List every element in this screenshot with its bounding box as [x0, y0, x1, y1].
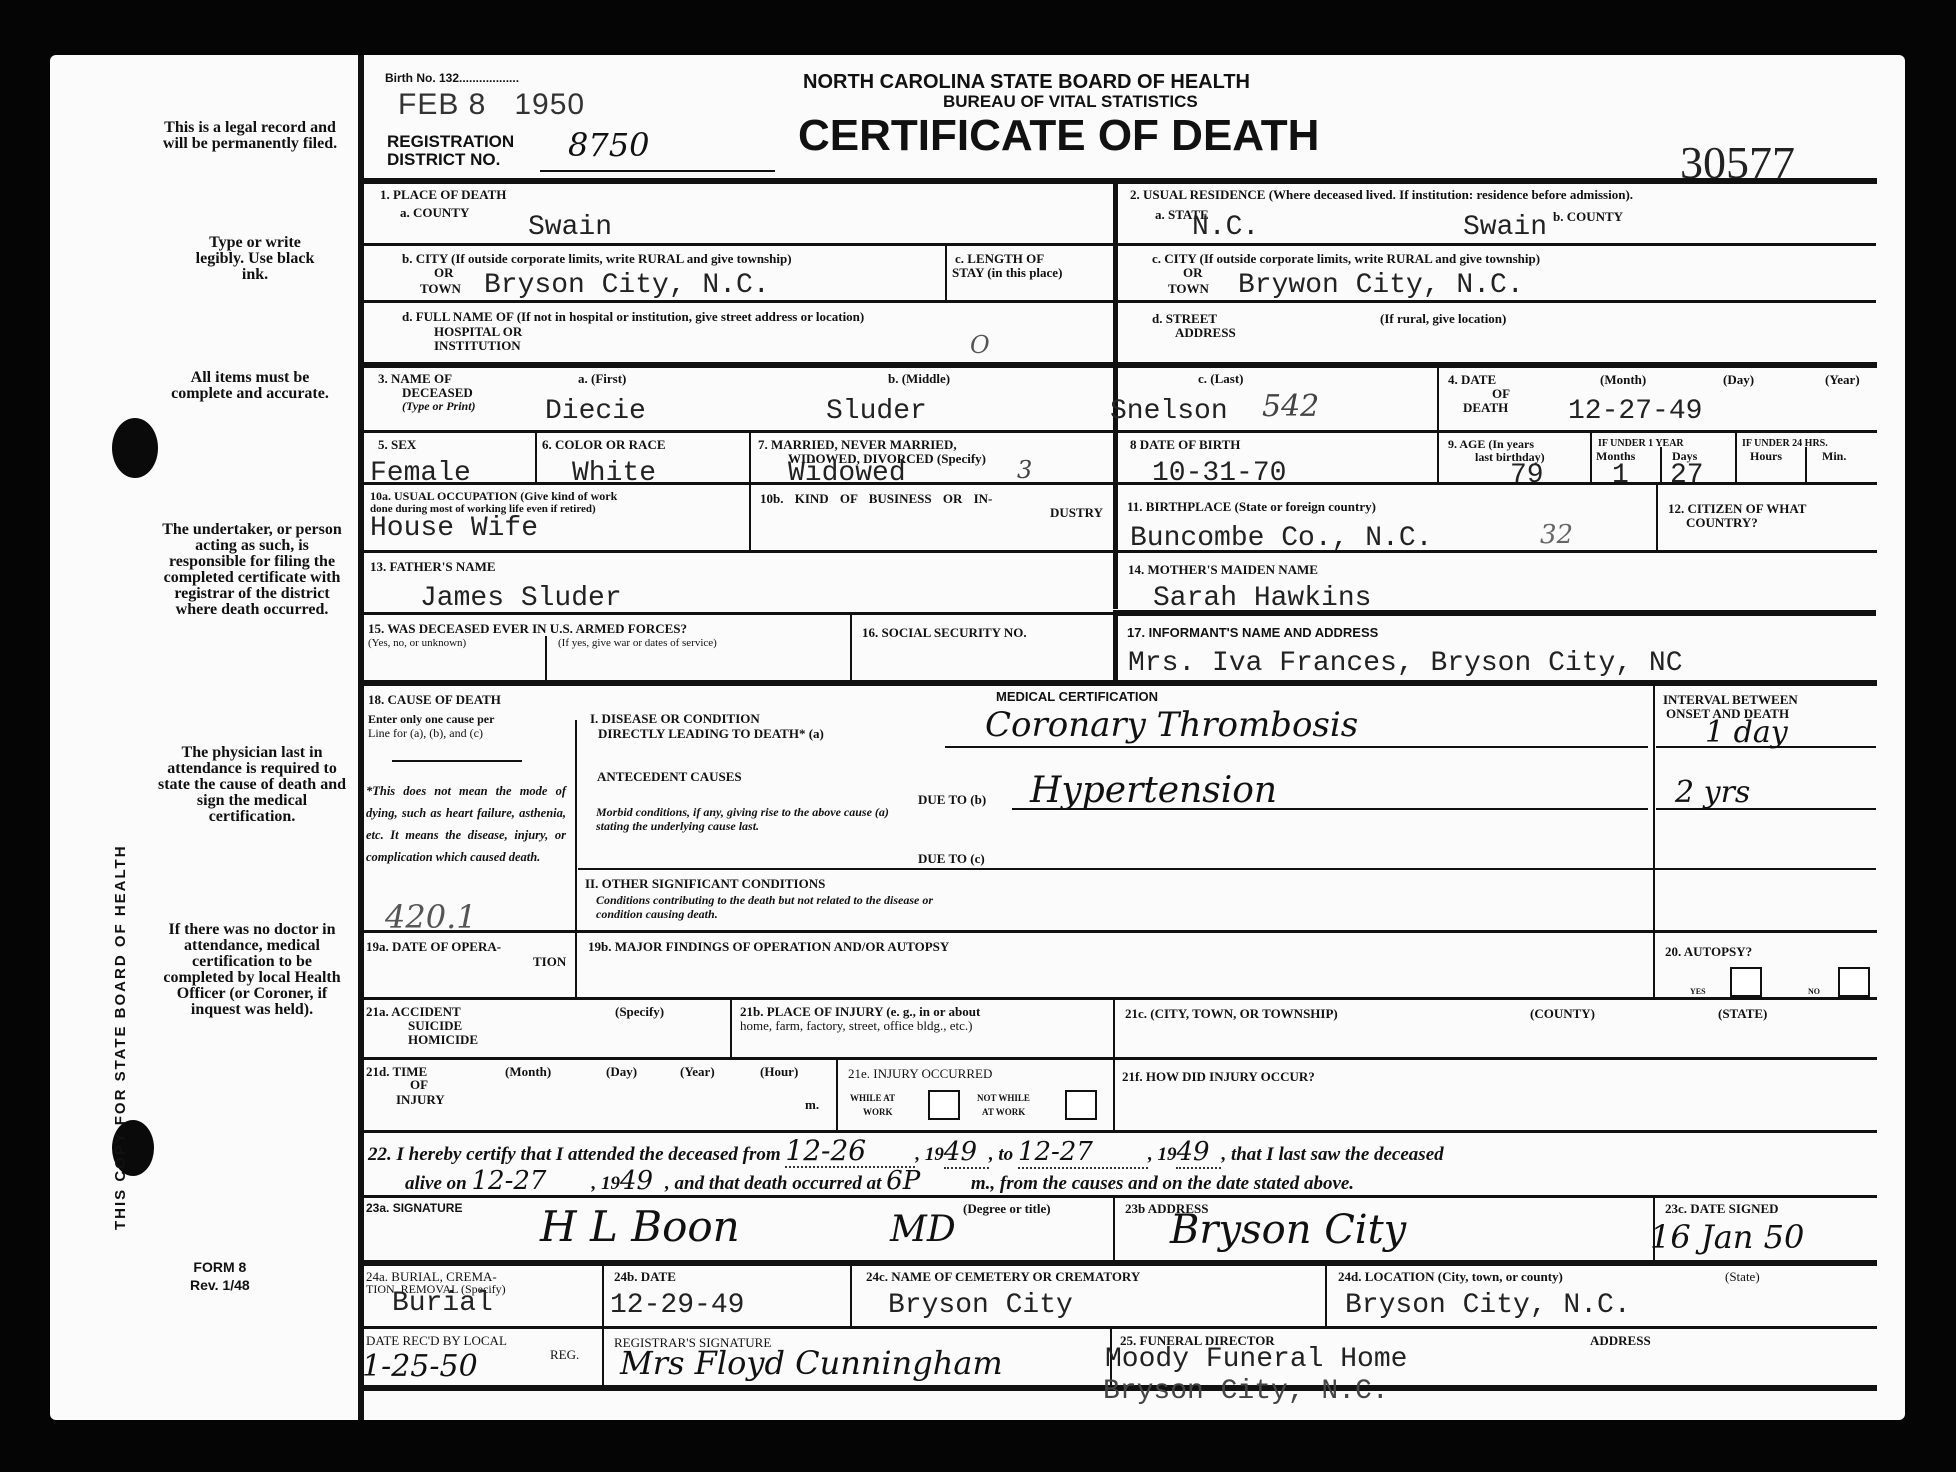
divider — [1113, 999, 1115, 1131]
birthplace-code: 32 — [1540, 520, 1573, 550]
first-name-value: Diecie — [545, 398, 646, 426]
middle-name-value: Sluder — [826, 398, 927, 426]
certification-line-2: alive on 12-27, 1949, and that death occ… — [405, 1166, 1875, 1198]
hospital-value: O — [970, 330, 990, 360]
death-occurred-text: and that death occurred at — [675, 1173, 882, 1194]
occupation-value: House Wife — [370, 515, 538, 543]
signature-label: 23a. SIGNATURE — [366, 1202, 462, 1215]
divider — [362, 300, 1113, 303]
disease-label-1: I. DISEASE OR CONDITION — [590, 712, 760, 725]
father-value: James Sluder — [420, 585, 622, 613]
place-of-injury-label-2: home, farm, factory, street, office bldg… — [740, 1019, 972, 1032]
divider — [362, 243, 1113, 246]
death-city-value: Bryson City, N.C. — [484, 272, 770, 300]
date-of-death-label-1: 4. DATE — [1448, 373, 1496, 386]
hospital-sublabel-2: INSTITUTION — [434, 339, 521, 352]
date-received-value: 1-25-50 — [362, 1352, 478, 1382]
residence-city-town: TOWN — [1168, 282, 1209, 295]
divider — [1437, 432, 1439, 482]
physician-degree: MD — [890, 1215, 956, 1245]
divider — [362, 930, 1877, 933]
informant-value: Mrs. Iva Frances, Bryson City, NC — [1128, 650, 1683, 678]
page-title: CERTIFICATE OF DEATH — [798, 113, 1319, 159]
accident-specify: (Specify) — [615, 1005, 664, 1018]
divider — [1116, 243, 1876, 246]
form-label: FORM 8 — [190, 1258, 250, 1276]
hospital-sublabel-1: HOSPITAL OR — [434, 325, 522, 338]
time-of-injury-label-2: OF — [410, 1078, 428, 1091]
divider — [749, 432, 751, 482]
registration-label: REGISTRATION — [387, 134, 514, 149]
date-signed-label: 23c. DATE SIGNED — [1665, 1202, 1779, 1215]
street-label: d. STREET — [1152, 312, 1217, 325]
father-label: 13. FATHER'S NAME — [370, 560, 496, 573]
death-day-label: (Day) — [1723, 373, 1754, 386]
accident-label-3: HOMICIDE — [408, 1033, 478, 1046]
cause-footnote: *This does not mean the mode of dying, s… — [366, 780, 566, 868]
injury-county-label: (COUNTY) — [1530, 1007, 1595, 1020]
date-of-death-value: 12-27-49 — [1568, 398, 1702, 426]
burial-location-value: Bryson City, N.C. — [1345, 1292, 1631, 1320]
name-label-2: DECEASED — [402, 386, 473, 399]
certification-line-1: 22. I hereby certify that I attended the… — [368, 1136, 1878, 1169]
divider — [945, 746, 1648, 748]
divider — [1660, 447, 1662, 482]
divider — [362, 550, 1877, 553]
cause-instruction-2: Line for (a), (b), and (c) — [368, 727, 483, 740]
business-label-2: DUSTRY — [1050, 506, 1103, 519]
alive-on-year: 49 — [620, 1166, 665, 1198]
attended-to-date: 12-27 — [1018, 1137, 1148, 1169]
divider — [578, 868, 1876, 870]
date-signed-value: 16 Jan 50 — [1650, 1222, 1804, 1252]
certify-text-b: that I last saw the deceased — [1231, 1144, 1444, 1165]
county-label: a. COUNTY — [400, 206, 469, 219]
due-to-c-label: DUE TO (c) — [918, 852, 985, 865]
divider — [1653, 932, 1655, 998]
armed-forces-sub-2: (If yes, give war or dates of service) — [558, 637, 717, 650]
form-revision: Rev. 1/48 — [190, 1276, 250, 1294]
margin-note-undertaker: The undertaker, or person acting as such… — [157, 522, 347, 618]
while-at-work-checkbox[interactable] — [928, 1090, 960, 1120]
findings-label: 19b. MAJOR FINDINGS OF OPERATION AND/OR … — [588, 940, 949, 953]
middle-name-label: b. (Middle) — [888, 372, 950, 385]
interval-label-1: INTERVAL BETWEEN — [1663, 693, 1798, 706]
place-of-death-label: 1. PLACE OF DEATH — [380, 188, 506, 201]
certify-text-c: m., from the causes and on the date stat… — [971, 1173, 1354, 1194]
mother-label: 14. MOTHER'S MAIDEN NAME — [1128, 563, 1318, 576]
divider — [836, 1059, 838, 1131]
physician-signature: H L Boon — [540, 1212, 740, 1242]
time-of-injury-label-3: INJURY — [396, 1093, 445, 1106]
burial-state-label: (State) — [1725, 1270, 1760, 1283]
divider — [362, 1326, 1877, 1329]
injury-city-label: 21c. (CITY, TOWN, OR TOWNSHIP) — [1125, 1007, 1338, 1020]
divider — [730, 999, 732, 1057]
burial-location-label: 24d. LOCATION (City, town, or county) — [1338, 1270, 1563, 1283]
birthplace-label: 11. BIRTHPLACE (State or foreign country… — [1127, 500, 1376, 513]
divider — [850, 614, 852, 682]
race-label: 6. COLOR OR RACE — [542, 438, 666, 451]
divider — [850, 1264, 852, 1328]
divider — [575, 720, 577, 932]
length-of-stay-sublabel: STAY (in this place) — [952, 266, 1062, 279]
divider — [362, 362, 1877, 368]
other-conditions-label: II. OTHER SIGNIFICANT CONDITIONS — [585, 877, 825, 890]
informant-label: 17. INFORMANT'S NAME AND ADDRESS — [1127, 626, 1378, 639]
disease-label-2: DIRECTLY LEADING TO DEATH* (a) — [598, 727, 824, 740]
death-year-label: (Year) — [1825, 373, 1860, 386]
citizen-label-2: COUNTRY? — [1686, 516, 1758, 529]
marital-label-1: 7. MARRIED, NEVER MARRIED, — [758, 438, 957, 451]
armed-forces-sub-1: (Yes, no, or unknown) — [368, 637, 466, 650]
to-label: to — [998, 1144, 1013, 1165]
death-month-label: (Month) — [1600, 373, 1646, 386]
dob-label: 8 DATE OF BIRTH — [1130, 438, 1240, 451]
divider — [1805, 447, 1807, 482]
residence-label: 2. USUAL RESIDENCE (Where deceased lived… — [1130, 188, 1633, 201]
margin-note-no-doctor: If there was no doctor in attendance, me… — [157, 922, 347, 1018]
cemetery-label: 24c. NAME OF CEMETERY OR CREMATORY — [866, 1270, 1140, 1283]
nineteen-label-3: 19 — [601, 1173, 620, 1194]
burial-value: Burial — [392, 1290, 493, 1318]
divider — [1116, 300, 1876, 303]
while-at-work-label-2: WORK — [863, 1106, 893, 1119]
degree-label: (Degree or title) — [963, 1202, 1051, 1215]
funeral-address-label: ADDRESS — [1590, 1334, 1651, 1347]
sex-label: 5. SEX — [378, 438, 416, 451]
divider — [1437, 365, 1439, 430]
margin-note-complete: All items must be complete and accurate. — [160, 370, 340, 402]
while-at-work-label-1: WHILE AT — [850, 1092, 895, 1105]
residence-state-value: N.C. — [1192, 214, 1259, 242]
divider — [575, 932, 577, 998]
death-time: 6P — [886, 1166, 966, 1198]
divider — [1656, 484, 1658, 550]
district-label: DISTRICT NO. — [387, 152, 500, 167]
injury-hour-label: (Hour) — [760, 1065, 798, 1078]
nineteen-label-2: 19 — [1157, 1144, 1176, 1165]
residence-county-label: b. COUNTY — [1553, 210, 1623, 223]
minutes-label: Min. — [1822, 450, 1846, 463]
street-sublabel: ADDRESS — [1175, 326, 1236, 339]
divider — [362, 1130, 1877, 1133]
name-label-3: (Type or Print) — [402, 400, 476, 413]
street-hint: (If rural, give location) — [1380, 312, 1506, 325]
injury-year-label: (Year) — [680, 1065, 715, 1078]
date-of-death-label-2: OF — [1492, 387, 1510, 400]
divider — [1113, 614, 1118, 682]
accident-label-2: SUICIDE — [408, 1019, 462, 1032]
how-injury-label: 21f. HOW DID INJURY OCCUR? — [1122, 1070, 1315, 1083]
marital-code: 3 — [1017, 455, 1032, 485]
cause-instruction-1: Enter only one cause per — [368, 713, 494, 726]
place-of-injury-label-1: 21b. PLACE OF INJURY (e. g., in or about — [740, 1005, 980, 1018]
attended-to-year: 49 — [1176, 1137, 1221, 1169]
residence-city-or: OR — [1183, 266, 1203, 279]
divider — [362, 997, 1877, 1000]
registrar-signature: Mrs Floyd Cunningham — [620, 1348, 1003, 1378]
city-or-label: OR — [434, 266, 454, 279]
birthplace-value: Buncombe Co., N.C. — [1130, 525, 1432, 553]
divider — [362, 1057, 1877, 1060]
date-received-label-2: REG. — [550, 1348, 579, 1361]
hospital-label: d. FULL NAME OF (If not in hospital or i… — [402, 310, 864, 323]
divider — [1113, 610, 1876, 616]
cause-code: 420.1 — [385, 902, 477, 932]
residence-city-label: c. CITY (If outside corporate limits, wr… — [1152, 252, 1540, 265]
nineteen-label: 19 — [925, 1144, 944, 1165]
date-received-label-1: DATE REC'D BY LOCAL — [366, 1334, 507, 1347]
due-to-b-label: DUE TO (b) — [918, 793, 986, 806]
margin-note-physician: The physician last in attendance is requ… — [157, 745, 347, 825]
divider — [749, 484, 751, 550]
last-name-value: Snelson — [1110, 398, 1228, 426]
age-days-value: 27 — [1670, 462, 1704, 490]
divider — [945, 245, 947, 300]
autopsy-label: 20. AUTOPSY? — [1665, 945, 1752, 958]
birth-number: Birth No. 132.................. — [385, 72, 519, 85]
attended-from-date: 12-26 — [785, 1136, 915, 1168]
divider — [602, 1264, 604, 1328]
divider — [1325, 1264, 1327, 1328]
last-name-code: 542 — [1262, 392, 1319, 422]
cause-label: 18. CAUSE OF DEATH — [368, 693, 501, 706]
physician-address: Bryson City — [1170, 1215, 1406, 1245]
residence-county-value: Swain — [1463, 214, 1547, 242]
injury-occurred-label: 21e. INJURY OCCURRED — [848, 1067, 992, 1080]
form-left-border — [358, 55, 364, 1420]
autopsy-no-checkbox[interactable] — [1838, 967, 1870, 997]
burial-date-value: 12-29-49 — [610, 1292, 744, 1320]
bureau-name: BUREAU OF VITAL STATISTICS — [943, 94, 1198, 109]
mother-value: Sarah Hawkins — [1153, 585, 1371, 613]
not-at-work-label-1: NOT WHILE — [977, 1092, 1030, 1105]
city-label: b. CITY (If outside corporate limits, wr… — [402, 252, 932, 265]
autopsy-yes-checkbox[interactable] — [1730, 967, 1762, 997]
other-conditions-sub: Conditions contributing to the death but… — [596, 893, 961, 921]
first-name-label: a. (First) — [578, 372, 626, 385]
funeral-director-name: Moody Funeral Home — [1105, 1346, 1407, 1374]
injury-day-label: (Day) — [606, 1065, 637, 1078]
divider — [362, 612, 1114, 615]
injury-month-label: (Month) — [505, 1065, 551, 1078]
morbid-instruction: Morbid conditions, if any, giving rise t… — [596, 805, 911, 833]
medical-certification-label: MEDICAL CERTIFICATION — [996, 690, 1158, 703]
margin-note-legal: This is a legal record and will be perma… — [160, 120, 340, 152]
not-at-work-label-2: AT WORK — [982, 1106, 1025, 1119]
injury-state-label: (STATE) — [1718, 1007, 1767, 1020]
age-months-value: 1 — [1612, 462, 1629, 490]
death-county-value: Swain — [528, 214, 612, 242]
name-label-1: 3. NAME OF — [378, 372, 452, 385]
divider — [1113, 1197, 1115, 1263]
alive-on-date: 12-27 — [472, 1166, 592, 1198]
agency-name: NORTH CAROLINA STATE BOARD OF HEALTH — [803, 72, 1250, 92]
form-number: FORM 8 Rev. 1/48 — [190, 1258, 250, 1294]
operation-date-label-1: 19a. DATE OF OPERA- — [366, 940, 501, 953]
header-rule — [362, 178, 1877, 184]
divider — [362, 482, 1877, 485]
interval-b-value: 2 yrs — [1675, 778, 1750, 808]
attended-from-year: 49 — [944, 1137, 989, 1169]
not-at-work-checkbox[interactable] — [1065, 1090, 1097, 1120]
occupation-label-1: 10a. USUAL OCCUPATION (Give kind of work — [370, 490, 617, 503]
divider — [602, 1328, 604, 1388]
cause-a-value: Coronary Thrombosis — [985, 710, 1358, 740]
received-stamp-date: FEB 8 1950 — [398, 88, 585, 122]
alive-on-text: alive on — [405, 1173, 467, 1194]
divider — [1113, 484, 1118, 609]
accident-label-1: 21a. ACCIDENT — [366, 1005, 461, 1018]
injury-m-label: m. — [805, 1098, 819, 1111]
state-copy-vertical-label: THIS COPY FOR STATE BOARD OF HEALTH — [112, 844, 129, 1230]
divider — [1113, 180, 1118, 482]
operation-date-label-2: TION — [533, 955, 566, 968]
business-label-1: 10b. KIND OF BUSINESS OR IN- — [760, 492, 992, 505]
residence-city-value: Brywon City, N.C. — [1238, 272, 1524, 300]
punch-hole-top — [112, 418, 158, 478]
divider — [1735, 432, 1737, 482]
hours-label: Hours — [1750, 450, 1782, 463]
margin-note-type: Type or write legibly. Use black ink. — [185, 235, 325, 283]
armed-forces-label: 15. WAS DECEASED EVER IN U.S. ARMED FORC… — [368, 622, 687, 635]
date-of-death-label-3: DEATH — [1463, 401, 1508, 414]
length-of-stay-label: c. LENGTH OF — [955, 252, 1044, 265]
burial-date-label: 24b. DATE — [614, 1270, 676, 1283]
divider — [362, 1260, 1877, 1266]
divider — [535, 432, 537, 482]
district-number: 8750 — [568, 130, 649, 160]
divider — [362, 680, 1877, 686]
interval-a-value: 1 day — [1705, 718, 1788, 748]
certify-text-a: 22. I hereby certify that I attended the… — [368, 1144, 781, 1165]
city-town-label: TOWN — [420, 282, 461, 295]
divider — [392, 760, 522, 762]
divider — [362, 1195, 1877, 1198]
citizen-label-1: 12. CITIZEN OF WHAT — [1668, 502, 1806, 515]
funeral-director-address: Bryson City, N.C. — [1103, 1378, 1389, 1406]
cemetery-value: Bryson City — [888, 1292, 1073, 1320]
ssn-label: 16. SOCIAL SECURITY NO. — [862, 626, 1027, 639]
district-underline — [540, 170, 775, 172]
divider — [362, 430, 1877, 433]
cause-b-value: Hypertension — [1030, 776, 1277, 806]
divider — [1653, 682, 1655, 932]
divider — [1590, 432, 1592, 482]
age-years-value: 79 — [1510, 462, 1544, 490]
divider — [545, 636, 547, 681]
antecedent-label: ANTECEDENT CAUSES — [597, 770, 742, 783]
last-name-label: c. (Last) — [1198, 372, 1244, 385]
